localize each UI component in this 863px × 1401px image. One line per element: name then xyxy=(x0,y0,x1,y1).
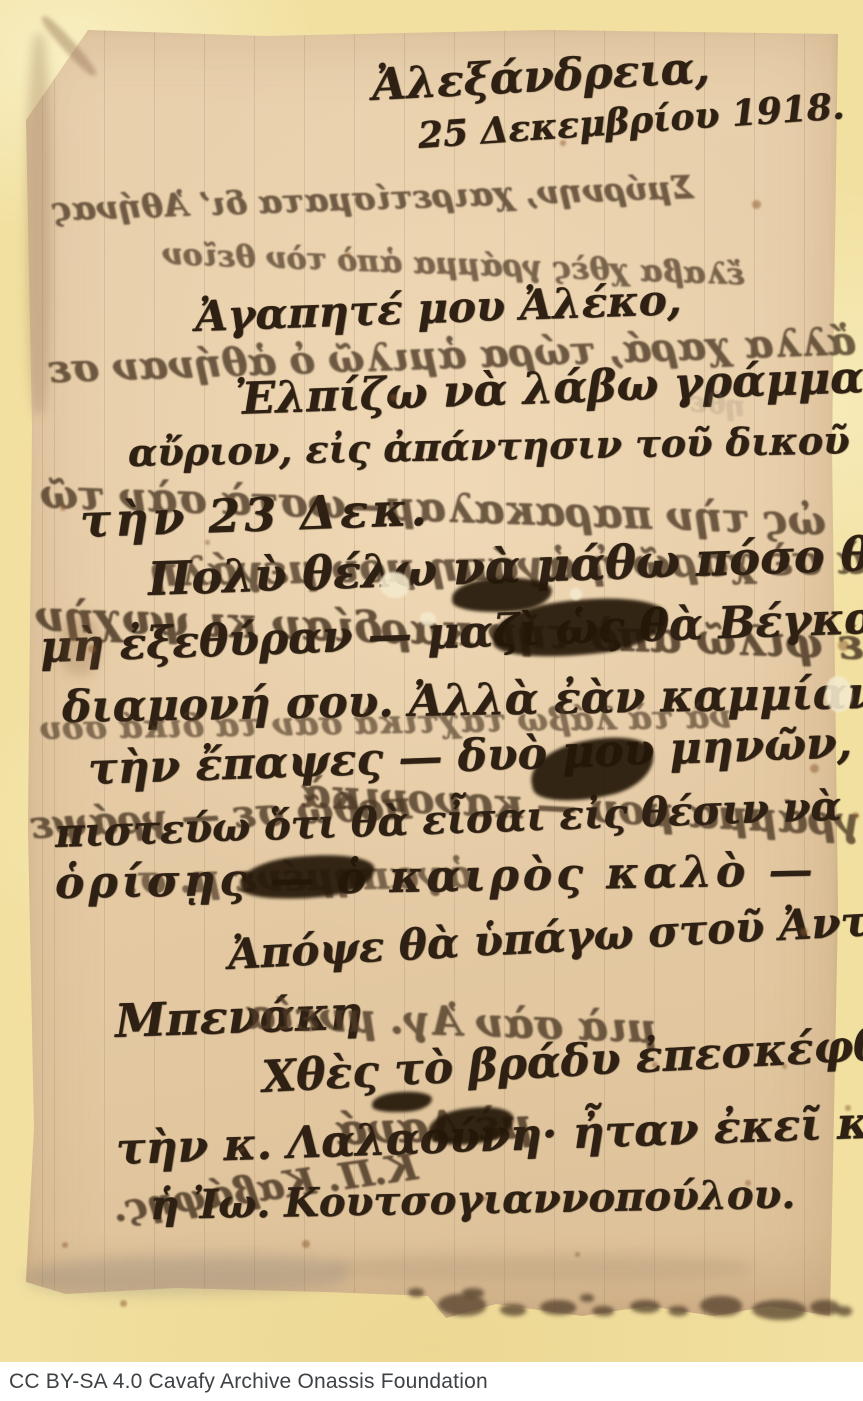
foxing-spot xyxy=(390,394,397,401)
bottom-edge-stain xyxy=(752,1300,806,1320)
foxing-spot xyxy=(302,1240,310,1248)
smudge-mark xyxy=(60,615,100,675)
handwriting-line: Ἀπόψε θὰ ὑπάγω στοῦ Ἀντώνη xyxy=(227,895,863,976)
foxing-spot xyxy=(482,1196,487,1201)
bottom-edge-stain xyxy=(500,1304,526,1316)
foxing-spot xyxy=(345,252,351,258)
bottom-edge-stain xyxy=(580,1294,594,1302)
bottom-edge-stain xyxy=(836,1306,852,1316)
foxing-spot xyxy=(652,1062,658,1068)
foxing-spot xyxy=(838,640,849,651)
damage-patch xyxy=(826,676,852,712)
bottom-edge-stain xyxy=(700,1296,742,1316)
foxing-spot xyxy=(60,505,66,511)
damage-patch xyxy=(420,612,436,626)
bottom-edge-stain xyxy=(540,1300,576,1315)
bottom-edge-stain xyxy=(668,1306,688,1316)
bottom-edge-stain xyxy=(408,1288,424,1297)
foxing-spot xyxy=(120,1300,127,1307)
foxing-spot xyxy=(752,200,761,209)
foxing-spot xyxy=(782,1064,787,1069)
foxing-spot xyxy=(745,1180,751,1186)
foxing-spot xyxy=(845,1105,851,1111)
foxing-spot xyxy=(852,812,859,819)
bottom-edge-stain xyxy=(592,1306,614,1316)
smudge-mark xyxy=(330,1255,750,1281)
bottom-edge-stain xyxy=(810,1300,840,1315)
bottom-edge-stain xyxy=(630,1300,660,1313)
handwriting-line: ὁρίσῃς — ὁ καιρὸς καλὸ — xyxy=(55,849,817,906)
archive-scan-page: Ἀλεξάνδρεια,25 Δεκεμβρίου 1918.Σμύρνην, … xyxy=(0,0,863,1401)
foxing-spot xyxy=(800,928,808,936)
smudge-mark xyxy=(27,34,51,414)
handwriting-layer: Ἀλεξάνδρεια,25 Δεκεμβρίου 1918.Σμύρνην, … xyxy=(0,0,863,1362)
bleedthrough-line: Σμύρνην, χαιρετίσματα δι’ Ἀθήνας xyxy=(52,171,695,225)
smudge-mark xyxy=(28,1253,349,1297)
bleedthrough-line: ηθε xyxy=(689,387,748,421)
handwriting-line: αὔριον, εἰς ἀπάντησιν τοῦ δικοῦ μου xyxy=(128,420,863,472)
license-attribution-bar: CC BY-SA 4.0 Cavafy Archive Onassis Foun… xyxy=(0,1362,863,1401)
foxing-spot xyxy=(560,140,566,146)
damage-patch xyxy=(380,572,410,598)
bottom-edge-stain xyxy=(462,1288,484,1298)
handwriting-line: ἡ Ἰω. Κουτσογιαννοπούλου. xyxy=(150,1175,796,1226)
damage-patch xyxy=(570,588,582,600)
handwriting-line: τὴν 23 Δεκ. xyxy=(79,486,431,544)
foxing-spot xyxy=(240,1148,244,1152)
license-attribution-text: CC BY-SA 4.0 Cavafy Archive Onassis Foun… xyxy=(9,1370,488,1394)
foxing-spot xyxy=(810,764,819,773)
foxing-spot xyxy=(62,1242,68,1248)
foxing-spot xyxy=(205,540,210,545)
